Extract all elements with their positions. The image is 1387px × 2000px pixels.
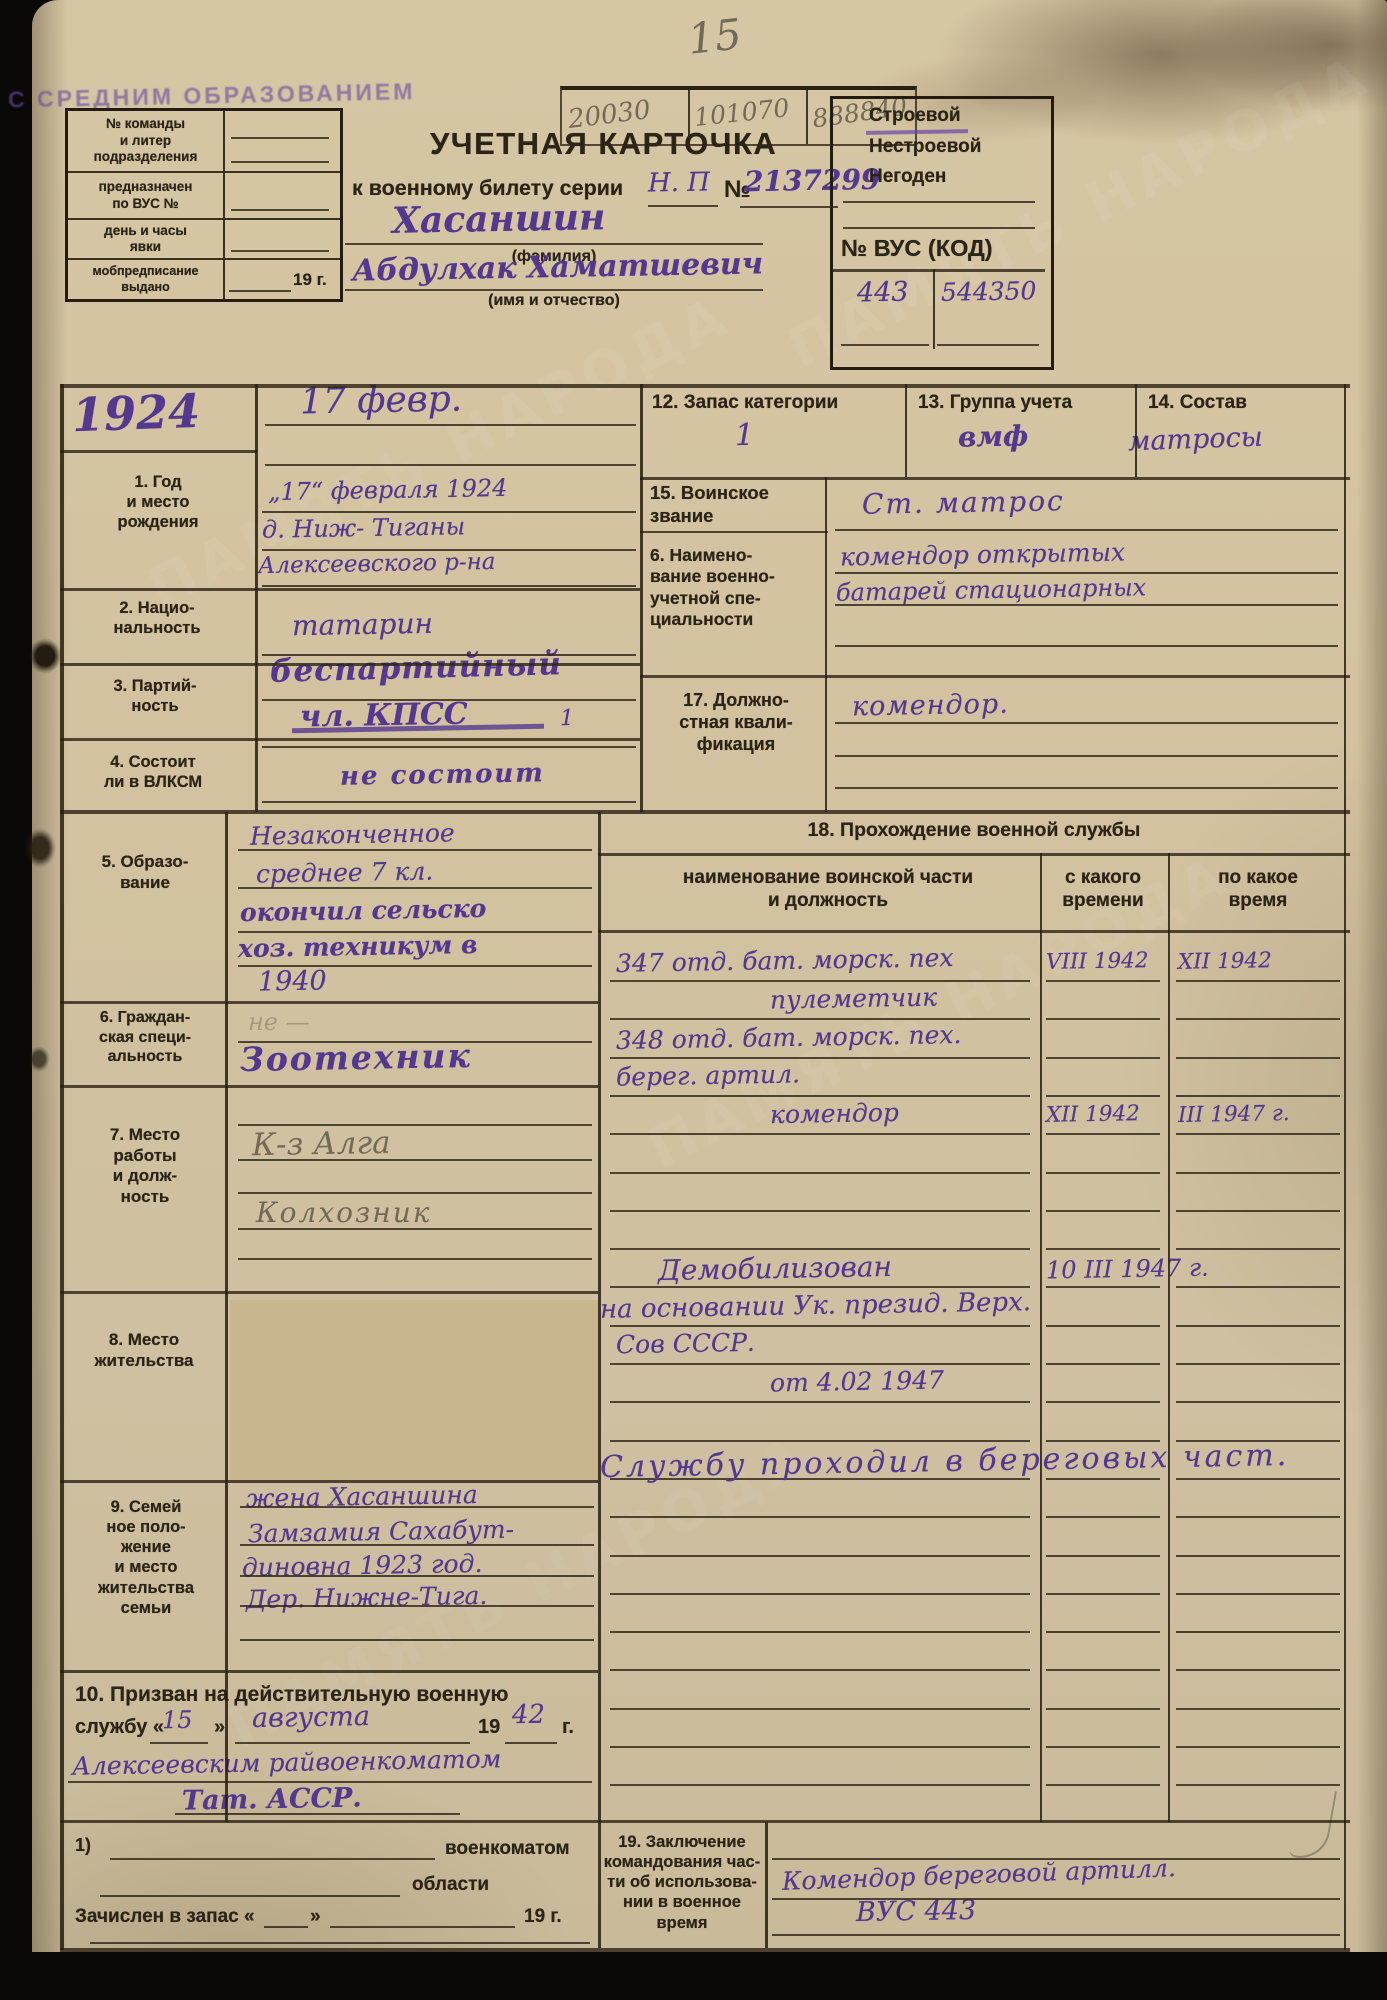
service-entry-unit: от 4.02 1947 [770, 1365, 944, 1397]
ruled-line [1176, 1172, 1340, 1174]
ruled-line [110, 1858, 435, 1860]
ruled-line [265, 424, 636, 426]
ruled-line [1046, 1018, 1160, 1020]
label-family: 9. Семей ное поло- жение и место жительс… [70, 1497, 222, 1618]
service-entry-unit: комендор [770, 1098, 899, 1129]
admin-label-mob: мобпредписание выдано [68, 260, 225, 299]
table-divider [905, 384, 907, 477]
ruled-line [610, 1746, 1030, 1748]
ruled-line [1176, 1286, 1340, 1288]
qualification-value: комендор. [852, 689, 1009, 723]
hole-mark [28, 1046, 50, 1072]
drafted-region-handwritten: Тат. АССР. [182, 1782, 362, 1816]
ruled-line [60, 663, 640, 666]
composition-value: матросы [1128, 422, 1264, 458]
ruled-line [835, 787, 1338, 789]
admin-row: мобпредписание выдано 19 г. [68, 260, 340, 299]
ruled-line [937, 344, 1039, 346]
admin-row: № команды и литер подразделения [68, 111, 340, 173]
service-header: 18. Прохождение военной службы [598, 819, 1350, 842]
ruled-line [610, 1133, 1030, 1135]
military-rank-value: Ст. матрос [862, 484, 1065, 521]
ruled-line [610, 1440, 1030, 1442]
drafted-pre: службу « [75, 1716, 164, 1739]
vus-code-label: № ВУС (КОД) [841, 235, 993, 262]
civil-specialty-faint-note: не — [248, 1008, 310, 1036]
ruled-line [175, 1813, 460, 1815]
ruled-line [238, 1228, 592, 1230]
name-patronymic-handwritten: Абдулхак Хаматшевич [352, 246, 764, 288]
table-divider [1040, 853, 1042, 1822]
ruled-line [238, 1192, 592, 1194]
ruled-line [610, 980, 1030, 982]
ruled-line [60, 384, 1350, 388]
ruled-line [60, 1001, 598, 1004]
ruled-line [835, 529, 1338, 531]
bottom-voenkomat-word: военкоматом [445, 1838, 570, 1860]
ruled-line [1046, 1095, 1160, 1097]
ruled-line [640, 531, 828, 533]
ruled-line [235, 1742, 470, 1744]
drafted-year-handwritten: 42 [512, 1700, 546, 1731]
cell-divider [933, 269, 935, 349]
education-line5: 1940 [258, 965, 327, 997]
ruled-line [229, 290, 291, 292]
ruled-line [1046, 1516, 1160, 1518]
service-entry-to: XII 1942 [1178, 948, 1272, 975]
ruled-line [610, 1669, 1030, 1671]
label-qualification: 17. Должно- стная квали- фикация [650, 690, 822, 756]
ruled-line [240, 1639, 594, 1641]
ruled-line [835, 722, 1338, 724]
table-divider [598, 812, 601, 1948]
party-mark: 1 [560, 706, 574, 731]
service-entry-from: VIII 1942 [1046, 948, 1149, 975]
ruled-line [1046, 1248, 1160, 1250]
ruled-line [1176, 1018, 1340, 1020]
ruled-line [345, 243, 763, 245]
service-entry-unit: пулеметчик [770, 983, 938, 1015]
ruled-line [1176, 1401, 1340, 1403]
label-composition: 14. Состав [1148, 392, 1247, 414]
ruled-line [238, 1041, 592, 1043]
ruled-line [610, 1325, 1030, 1327]
table-divider [765, 1822, 768, 1948]
ruled-line [610, 1631, 1030, 1633]
label-military-rank: 15. Воинское звание [650, 482, 769, 527]
ruled-line [1046, 1210, 1160, 1212]
workplace-line2: Колхозник [256, 1196, 431, 1229]
ruled-line [610, 1784, 1030, 1786]
label-residence: 8. Место жительства [68, 1330, 220, 1371]
label-vlksm: 4. Состоит ли в ВЛКСМ [64, 752, 242, 792]
ruled-line [60, 1820, 1350, 1823]
ruled-line [60, 1085, 598, 1088]
birth-line3: Алексеевского р-на [258, 549, 496, 579]
ruled-line [345, 289, 763, 291]
ruled-line [60, 1948, 1350, 1952]
education-line3: окончил сельско [240, 894, 487, 927]
service-table: 18. Прохождение военной службы наименова… [598, 812, 1350, 1822]
ruled-line [598, 853, 1350, 856]
ruled-line [238, 887, 592, 889]
reserve-category-value: 1 [735, 418, 755, 453]
ruled-line [1176, 1555, 1340, 1557]
ruled-line [1176, 1363, 1340, 1365]
admin-box: № команды и литер подразделения предназн… [65, 108, 343, 302]
vus-code-value: 443 [857, 277, 909, 309]
admin-field [225, 220, 340, 258]
surname-handwritten: Хасаншин [392, 196, 606, 242]
ruled-line [1176, 1669, 1340, 1671]
family-line3: диновна 1923 год. [242, 1549, 483, 1582]
ruled-line [262, 585, 636, 587]
ruled-line [262, 654, 636, 656]
ruled-line [772, 1858, 1340, 1860]
vlksm-value: не состоит [340, 758, 545, 792]
ruled-line [1046, 1325, 1160, 1327]
ruled-line [610, 1095, 1030, 1097]
ruled-line [238, 1124, 592, 1126]
ruled-line [231, 137, 329, 139]
service-entry-to: III 1947 г. [1178, 1101, 1290, 1128]
pencil-page-number: 15 [686, 9, 744, 63]
ruled-line [90, 1942, 590, 1944]
ruled-line [1176, 1057, 1340, 1059]
ruled-line [1176, 980, 1340, 982]
admin-field: 19 г. [225, 260, 340, 299]
ruled-line [238, 965, 592, 967]
ruled-line [265, 464, 636, 466]
purple-underline [866, 129, 968, 135]
label-nationality: 2. Нацио- нальность [68, 598, 246, 638]
year-big-handwritten: 1924 [71, 384, 201, 442]
ruled-line [262, 549, 636, 551]
service-entry-unit: берег. артил. [616, 1059, 800, 1091]
service-entry-unit: Демобилизован [658, 1250, 892, 1287]
ruled-line [610, 1555, 1030, 1557]
scanned-military-card: ПАМЯТЬ НАРОДА ПАМЯТЬ НАРОДА ПАМЯТЬ НАРОД… [0, 0, 1387, 2000]
ruled-line [240, 1575, 594, 1577]
ruled-line [505, 1742, 557, 1744]
ruled-line [262, 746, 636, 748]
bottom-reserve-end: 19 г. [524, 1906, 562, 1928]
service-entry-unit: 347 отд. бат. морск. пех [616, 943, 954, 978]
ruled-line [238, 1159, 592, 1161]
ruled-line [1046, 1401, 1160, 1403]
admin-row: предназначен по ВУС № [68, 173, 340, 220]
ruled-line [835, 645, 1338, 647]
label-civil-specialty: 6. Граждан- ская специ- альность [66, 1008, 224, 1067]
ruled-line [231, 209, 329, 211]
ruled-line [60, 1670, 598, 1673]
ruled-line [1046, 1708, 1160, 1710]
drafted-mid: » [214, 1716, 225, 1739]
ruled-line [610, 1708, 1030, 1710]
ruled-line [610, 1248, 1030, 1250]
label-military-specialty: 6. Наимено- вание военно- учетной спе- ц… [650, 545, 822, 630]
ruled-line [68, 1781, 592, 1783]
page-title: УЧЕТНАЯ КАРТОЧКА [430, 126, 777, 162]
workplace-line1: К-з Алга [252, 1125, 391, 1163]
ruled-line [240, 1506, 594, 1508]
ruled-line [1046, 1286, 1160, 1288]
ruled-line [1046, 1669, 1160, 1671]
ruled-line [1176, 1708, 1340, 1710]
service-entry-unit: на основании Ук. презид. Верх. [600, 1287, 1031, 1325]
service-col-to: по какое время [1170, 866, 1346, 912]
ruled-line [610, 1363, 1030, 1365]
cell-divider [806, 90, 808, 144]
drafted-year-printed: 19 [478, 1716, 500, 1739]
ruled-line [1176, 1210, 1340, 1212]
ruled-line [835, 755, 1338, 757]
ruled-line [238, 849, 592, 851]
label-record-group: 13. Группа учета [918, 392, 1072, 414]
ruled-line [1176, 1784, 1340, 1786]
year-suffix: 19 г. [293, 270, 327, 290]
table-divider [1168, 853, 1170, 1822]
bottom-reserve-mid: » [310, 1906, 321, 1928]
bottom-reserve-pre: Зачислен в запас « [75, 1906, 255, 1928]
record-group-value: вмф [958, 419, 1029, 453]
ruled-line [150, 1742, 208, 1744]
ruled-line [262, 511, 636, 513]
ruled-line [1176, 1746, 1340, 1748]
ruled-line [1046, 1555, 1160, 1557]
table-divider [255, 384, 258, 812]
table-divider [1135, 384, 1137, 477]
ruled-line [1046, 1746, 1160, 1748]
education-line4: хоз. техникум в [238, 930, 478, 963]
admin-label-time: день и часы явки [68, 220, 225, 258]
ruled-line [640, 477, 1350, 480]
service-entry-from: 10 III 1947 г. [1046, 1254, 1209, 1285]
drafted-day-handwritten: 15 [162, 1706, 193, 1735]
military-specialty-line2: батарей стационарных [836, 573, 1147, 606]
ruled-line [264, 1926, 308, 1928]
category-box: Строевой Нестроевой Негоден № ВУС (КОД) … [830, 96, 1054, 370]
admin-field [225, 111, 340, 171]
redaction-box [230, 1300, 598, 1480]
nationality-value: татарин [292, 607, 433, 642]
ruled-line [60, 588, 640, 591]
admin-label-team: № команды и литер подразделения [68, 111, 225, 171]
ruled-line [1046, 1363, 1160, 1365]
education-line2: среднее 7 кл. [256, 856, 434, 888]
ruled-line [833, 269, 1045, 272]
military-specialty-line1: комендор открытых [840, 538, 1126, 572]
label-education: 5. Образо- вание [70, 852, 220, 893]
table-divider [825, 477, 827, 812]
ruled-line [60, 1480, 598, 1483]
label-party: 3. Партий- ность [70, 676, 240, 716]
ruled-line [640, 675, 1350, 678]
table-divider [225, 812, 228, 1822]
ruled-line [1046, 1631, 1160, 1633]
ruled-line [610, 1172, 1030, 1174]
ruled-line [610, 1210, 1030, 1212]
ruled-line [772, 1898, 1340, 1900]
ruled-line [262, 699, 636, 701]
table-divider [1344, 384, 1346, 1950]
family-line4: Дер. Нижне-Тига. [246, 1581, 488, 1614]
drafted-g: г. [562, 1716, 574, 1739]
ruled-line [60, 738, 640, 741]
option-stroevoy: Строевой [869, 105, 961, 127]
birth-line2: д. Ниж- Тиганы [262, 512, 466, 544]
ruled-line [60, 810, 1350, 814]
ruled-line [610, 1057, 1030, 1059]
ruled-line [1176, 1478, 1340, 1480]
table-divider [60, 384, 64, 1950]
ruled-line [1176, 1593, 1340, 1595]
ruled-line [231, 250, 329, 252]
ruled-line [240, 1544, 594, 1546]
ruled-line [740, 206, 838, 208]
ruled-line [1046, 980, 1160, 982]
ruled-line [231, 161, 329, 163]
ruled-line [610, 1018, 1030, 1020]
table-divider [640, 384, 643, 812]
ruled-line [772, 1934, 1340, 1936]
service-entry-from: XII 1942 [1046, 1101, 1140, 1128]
party-value: беспартийный [270, 646, 563, 690]
birth-line1: „17“ февраля 1924 [268, 474, 508, 506]
ruled-line [238, 931, 592, 933]
service-entry-unit: Сов СССР. [616, 1328, 755, 1359]
admin-row: день и часы явки [68, 220, 340, 260]
label-workplace: 7. Место работы и долж- ность [75, 1125, 215, 1208]
ruled-line [843, 201, 1035, 203]
admin-field [225, 173, 340, 218]
ruled-line [843, 227, 1035, 229]
bottom-oblast-word: области [412, 1874, 489, 1896]
vus-code2-value: 544350 [941, 276, 1037, 307]
education-line1: Незаконченное [250, 818, 455, 851]
ruled-line [835, 604, 1338, 606]
ruled-line [1176, 1325, 1340, 1327]
ruled-line [262, 801, 636, 803]
ruled-line [598, 930, 1350, 933]
ruled-line [610, 1401, 1030, 1403]
name-caption: (имя и отчество) [345, 292, 763, 310]
ruled-line [841, 344, 929, 346]
ruled-line [1046, 1593, 1160, 1595]
family-line1: жена Хасаншина [246, 1480, 478, 1513]
bottom-prefix: 1) [75, 1835, 91, 1856]
ruled-line [60, 1291, 598, 1294]
service-col-unit: наименование воинской части и должность [618, 866, 1038, 912]
service-entry-unit: 348 отд. бат. морск. пех. [616, 1020, 962, 1055]
ruled-line [1046, 1478, 1160, 1480]
ruled-line [610, 1516, 1030, 1518]
label-reserve-category: 12. Запас категории [652, 392, 838, 414]
ruled-line [1176, 1095, 1340, 1097]
ruled-line [330, 1926, 515, 1928]
ruled-line [1176, 1248, 1340, 1250]
ruled-line [238, 1258, 592, 1260]
label-birth: 1. Год и место рождения [68, 472, 248, 532]
ruled-line [1176, 1133, 1340, 1135]
ruled-line [1046, 1172, 1160, 1174]
ruled-line [100, 1895, 400, 1897]
option-negoden: Негоден [869, 166, 946, 188]
option-nestroevoy: Нестроевой [869, 136, 981, 158]
series-handwritten: Н. П [648, 167, 710, 198]
ruled-line [648, 205, 718, 207]
ruled-line [1176, 1516, 1340, 1518]
ruled-line [1046, 1784, 1160, 1786]
label-conclusion: 19. Заключение командования час- ти об и… [603, 1832, 761, 1933]
ruled-line [1046, 1133, 1160, 1135]
ruled-line [240, 1605, 594, 1607]
ruled-line [835, 572, 1338, 574]
service-col-from: с какого времени [1042, 866, 1164, 912]
ruled-line [60, 450, 257, 453]
drafted-month-handwritten: августа [252, 1701, 370, 1734]
ruled-line [1046, 1057, 1160, 1059]
ruled-line [1176, 1631, 1340, 1633]
hole-mark [24, 828, 56, 868]
admin-label-vus: предназначен по ВУС № [68, 173, 225, 218]
ruled-line [610, 1593, 1030, 1595]
